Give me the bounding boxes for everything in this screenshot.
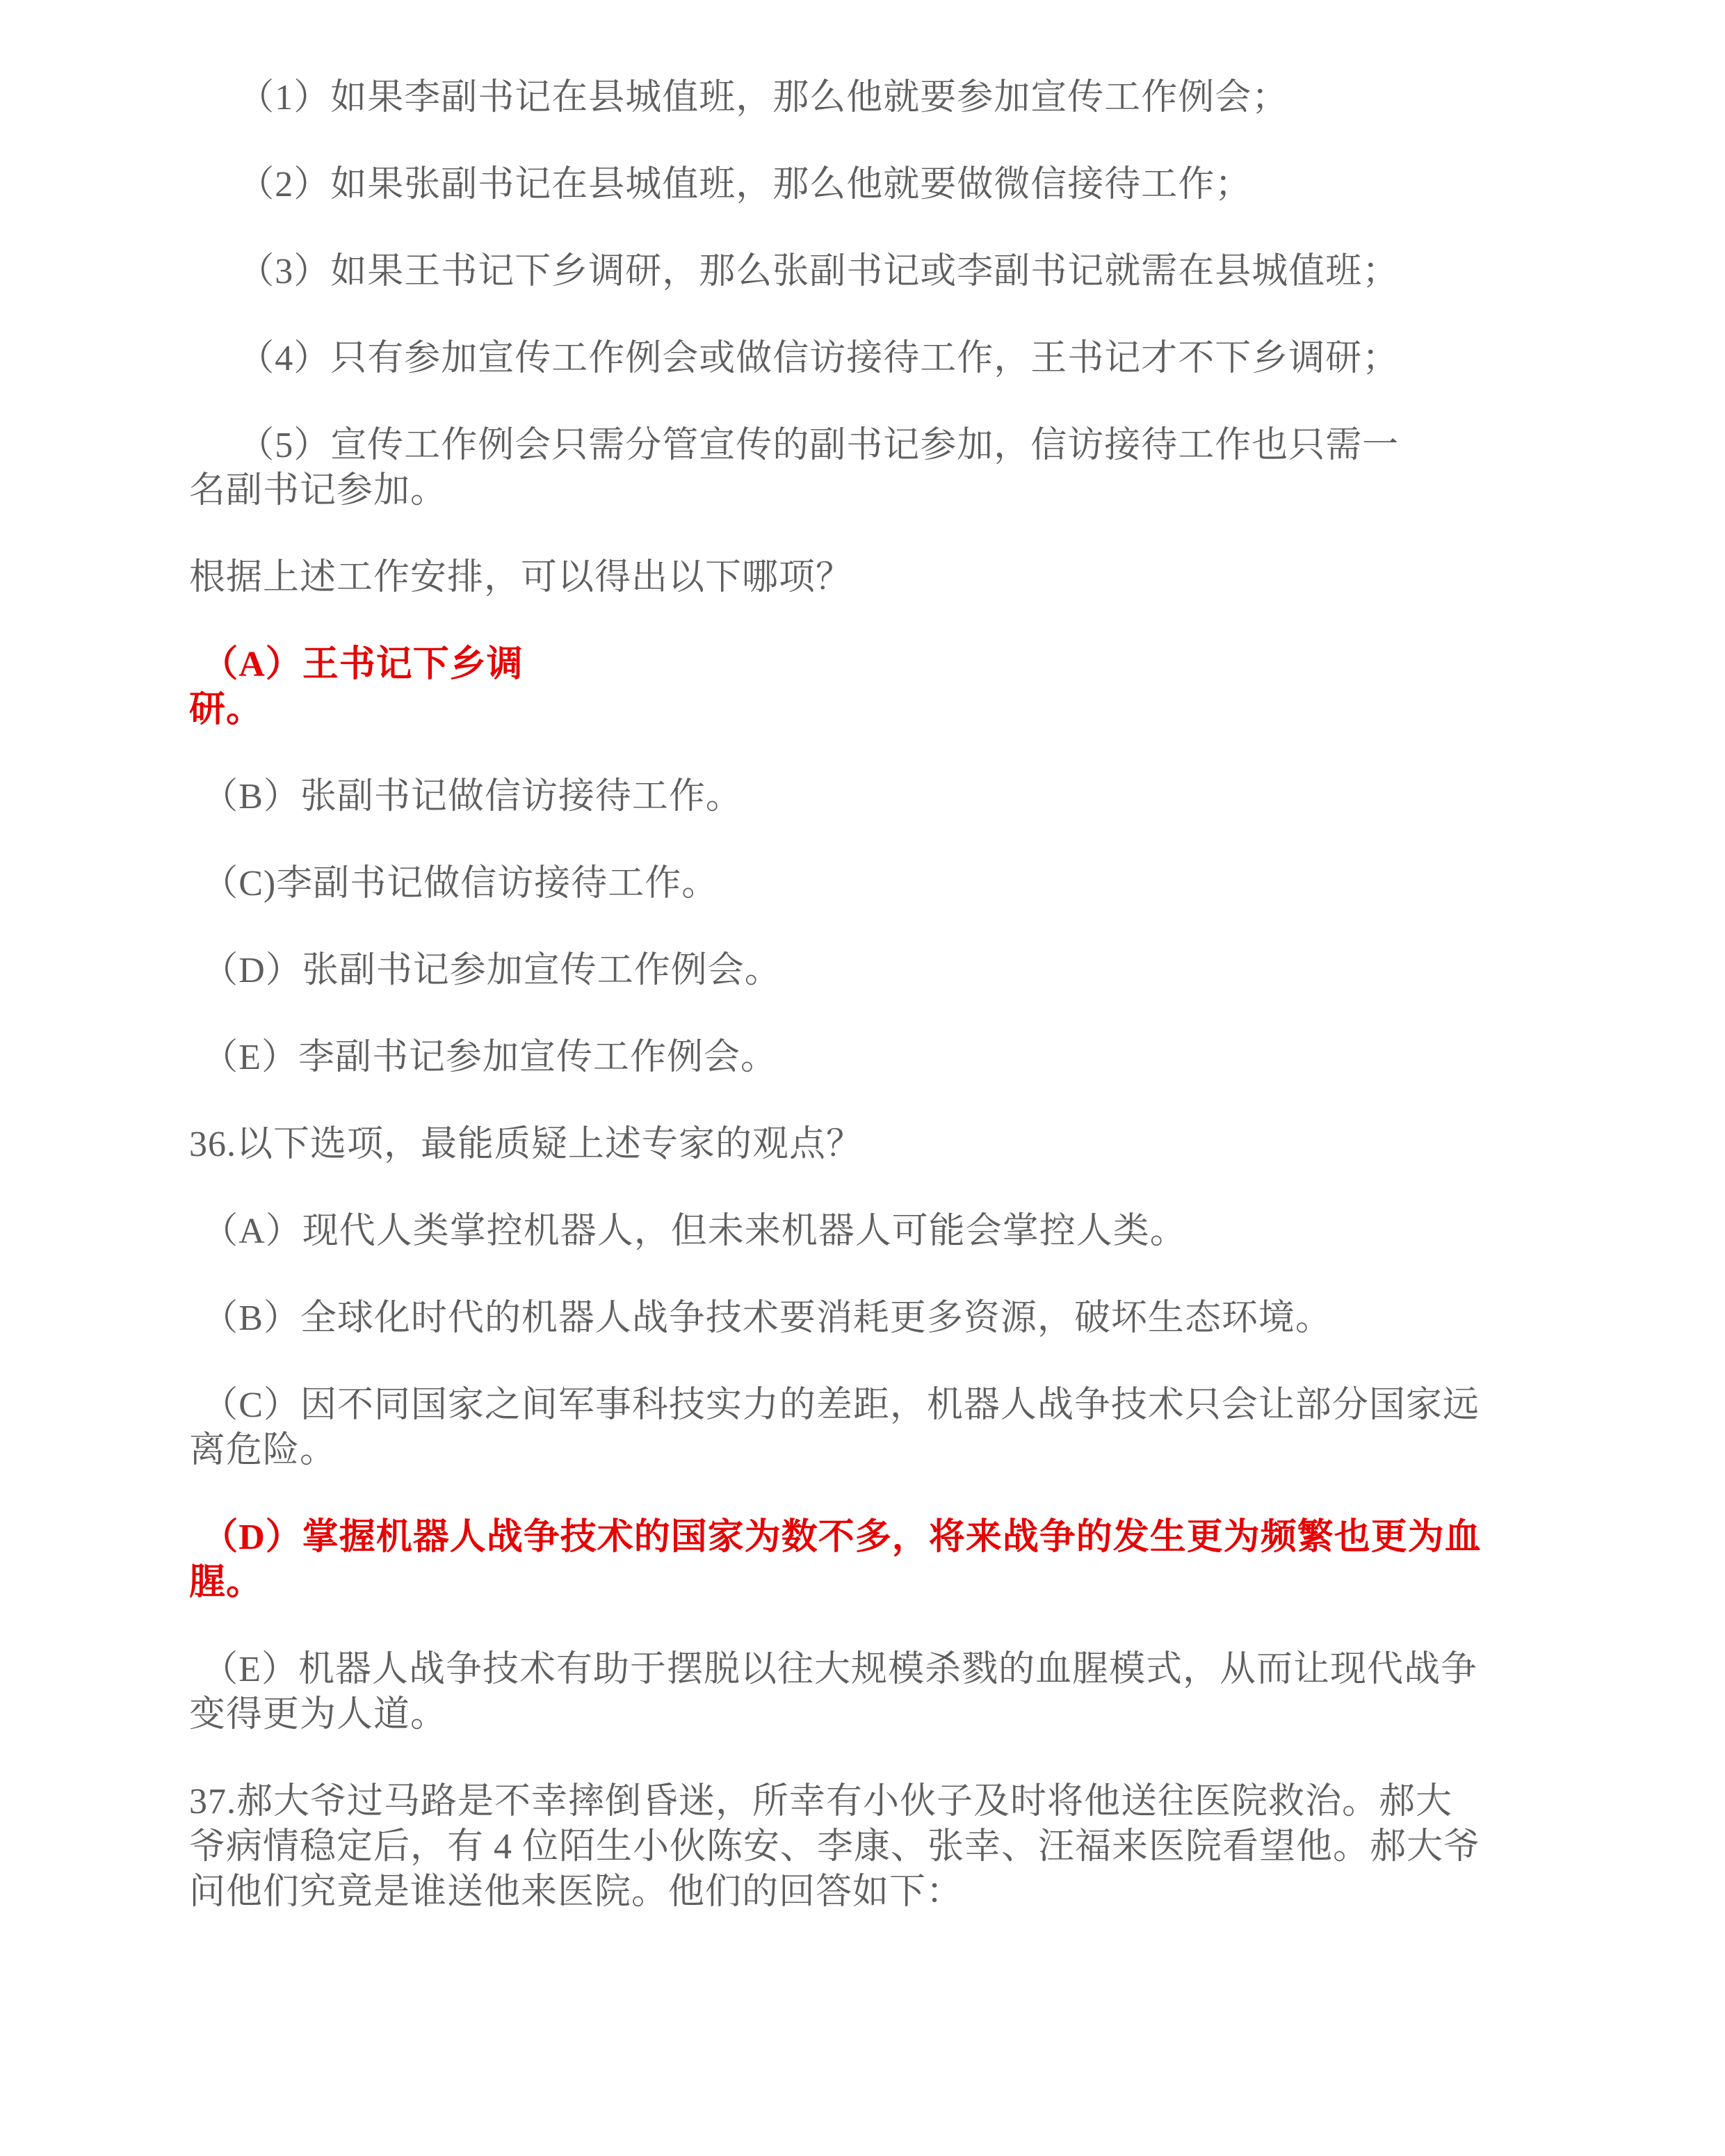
q35-option-d: （D）张副书记参加宣传工作例会。	[189, 948, 1600, 993]
q35-premise-4: （4）只有参加宣传工作例会或做信访接待工作，王书记才不下乡调研；	[189, 336, 1600, 381]
q36-option-c: （C）因不同国家之间军事科技实力的差距，机器人战争技术只会让部分国家远 离危险。	[189, 1383, 1600, 1473]
q36-option-b: （B）全球化时代的机器人战争技术要消耗更多资源，破坏生态环境。	[189, 1296, 1600, 1341]
q35-premise-1: （1）如果李副书记在县城值班，那么他就要参加宣传工作例会；	[189, 75, 1600, 120]
q35-option-b: （B）张副书记做信访接待工作。	[189, 774, 1600, 819]
q35-premise-2: （2）如果张副书记在县城值班，那么他就要做微信接待工作；	[189, 162, 1600, 207]
q35-option-c: （C)李副书记做信访接待工作。	[189, 861, 1600, 906]
q36-option-d: （D）掌握机器人战争技术的国家为数不多，将来战争的发生更为频繁也更为血 腥。	[189, 1515, 1600, 1605]
document-page: （1）如果李副书记在县城值班，那么他就要参加宣传工作例会； （2）如果张副书记在…	[0, 0, 1725, 2156]
q36-option-a: （A）现代人类掌控机器人，但未来机器人可能会掌控人类。	[189, 1209, 1600, 1254]
q36-stem: 36.以下选项，最能质疑上述专家的观点？	[189, 1122, 1600, 1167]
q36-option-e: （E）机器人战争技术有助于摆脱以往大规模杀戮的血腥模式，从而让现代战争 变得更为…	[189, 1647, 1600, 1737]
q35-option-a: （A）王书记下乡调 研。	[189, 642, 1600, 732]
q35-premise-5: （5）宣传工作例会只需分管宣传的副书记参加，信访接待工作也只需一 名副书记参加。	[189, 423, 1600, 513]
q35-option-e: （E）李副书记参加宣传工作例会。	[189, 1035, 1600, 1080]
q35-premise-3: （3）如果王书记下乡调研，那么张副书记或李副书记就需在县城值班；	[189, 249, 1600, 294]
q37-stem: 37.郝大爷过马路是不幸摔倒昏迷，所幸有小伙子及时将他送往医院救治。郝大 爷病情…	[189, 1779, 1600, 1915]
q35-prompt: 根据上述工作安排，可以得出以下哪项？	[189, 555, 1600, 600]
